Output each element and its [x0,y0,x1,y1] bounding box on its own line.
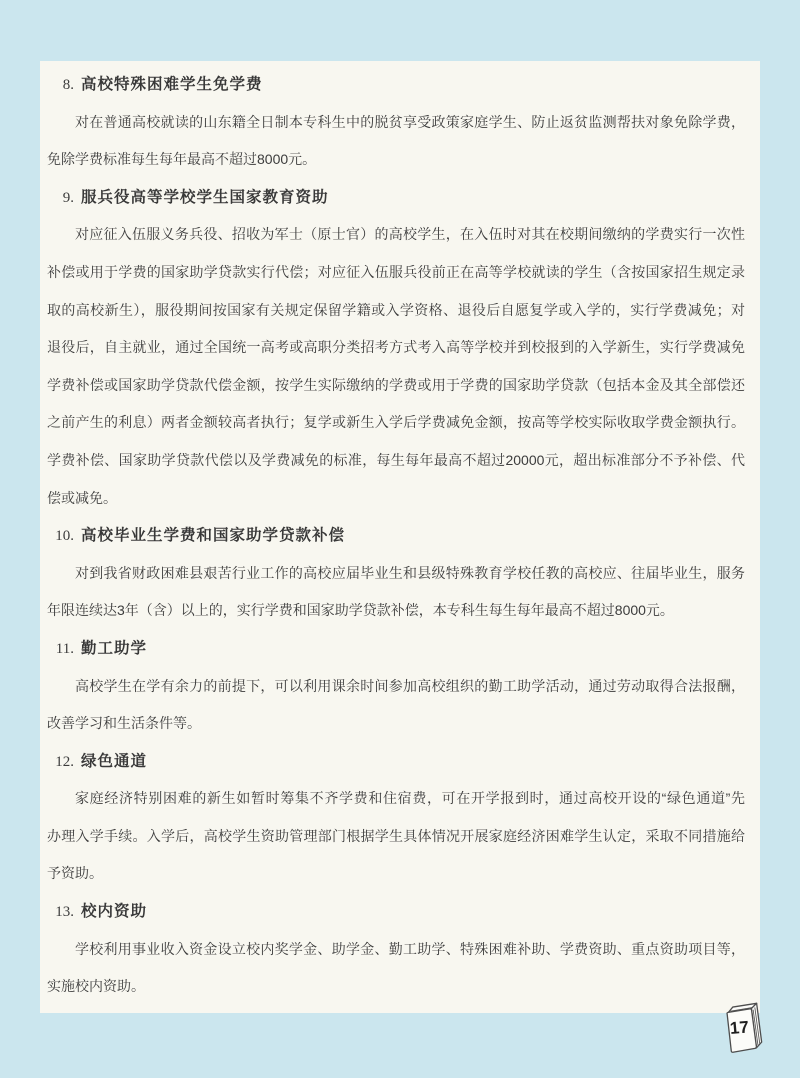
paragraph-line: 年限连续达3年（含）以上的，实行学费和国家助学贷款补偿，本专科生每生每年最高不超… [47,592,745,630]
paragraph-line: 之前产生的利息）两者金额较高者执行；复学或新生入学后学费减免金额，按高等学校实际… [47,404,745,442]
page-number-book-icon: 17 [721,1002,767,1058]
paragraph-line: 取的高校新生），服役期间按国家有关规定保留学籍或入学资格、退役后自愿复学或入学的… [47,292,745,330]
section-heading: 12.绿色通道 [47,743,745,781]
paragraph-line: 对应征入伍服义务兵役、招收为军士（原士官）的高校学生，在入伍时对其在校期间缴纳的… [47,216,745,254]
paragraph-line: 实施校内资助。 [47,968,745,1006]
page-canvas: 8.高校特殊困难学生免学费对在普通高校就读的山东籍全日制本专科生中的脱贫享受政策… [0,0,800,1078]
section-number: 10. [47,518,74,555]
section-title: 勤工助学 [81,640,147,657]
page-number: 17 [729,1017,750,1038]
document-page: 8.高校特殊困难学生免学费对在普通高校就读的山东籍全日制本专科生中的脱贫享受政策… [40,61,760,1013]
paragraph-line: 补偿或用于学费的国家助学贷款实行代偿；对应征入伍服兵役前正在高等学校就读的学生（… [47,254,745,292]
section-title: 校内资助 [81,903,147,920]
paragraph-line: 免除学费标准每生每年最高不超过8000元。 [47,141,745,179]
paragraph-line: 学校利用事业收入资金设立校内奖学金、助学金、勤工助学、特殊困难补助、学费资助、重… [47,931,745,969]
paragraph-line: 偿或减免。 [47,480,745,518]
paragraph-line: 予资助。 [47,855,745,893]
section-title: 高校毕业生学费和国家助学贷款补偿 [81,527,345,544]
section-heading: 13.校内资助 [47,893,745,931]
paragraph-line: 对到我省财政困难县艰苦行业工作的高校应届毕业生和县级特殊教育学校任教的高校应、往… [47,555,745,593]
section-heading: 9.服兵役高等学校学生国家教育资助 [47,179,745,217]
paragraph-line: 对在普通高校就读的山东籍全日制本专科生中的脱贫享受政策家庭学生、防止返贫监测帮扶… [47,104,745,142]
paragraph-line: 改善学习和生活条件等。 [47,705,745,743]
paragraph-line: 高校学生在学有余力的前提下，可以利用课余时间参加高校组织的勤工助学活动，通过劳动… [47,668,745,706]
section-heading: 10.高校毕业生学费和国家助学贷款补偿 [47,517,745,555]
paragraph-line: 家庭经济特别困难的新生如暂时筹集不齐学费和住宿费，可在开学报到时，通过高校开设的… [47,780,745,818]
paragraph-line: 学费补偿、国家助学贷款代偿以及学费减免的标准，每生每年最高不超过20000元，超… [47,442,745,480]
section-number: 8. [47,67,74,104]
section-title: 服兵役高等学校学生国家教育资助 [81,189,329,206]
section-number: 9. [47,180,74,217]
section-title: 高校特殊困难学生免学费 [81,76,263,93]
document-body: 8.高校特殊困难学生免学费对在普通高校就读的山东籍全日制本专科生中的脱贫享受政策… [47,66,745,1006]
paragraph-line: 退役后，自主就业，通过全国统一高考或高职分类招考方式考入高等学校并到校报到的入学… [47,329,745,367]
section-number: 11. [47,631,74,668]
section-number: 13. [47,894,74,931]
section-title: 绿色通道 [81,753,147,770]
section-number: 12. [47,744,74,781]
section-heading: 8.高校特殊困难学生免学费 [47,66,745,104]
section-heading: 11.勤工助学 [47,630,745,668]
paragraph-line: 办理入学手续。入学后，高校学生资助管理部门根据学生具体情况开展家庭经济困难学生认… [47,818,745,856]
paragraph-line: 学费补偿或国家助学贷款代偿金额，按学生实际缴纳的学费或用于学费的国家助学贷款（包… [47,367,745,405]
